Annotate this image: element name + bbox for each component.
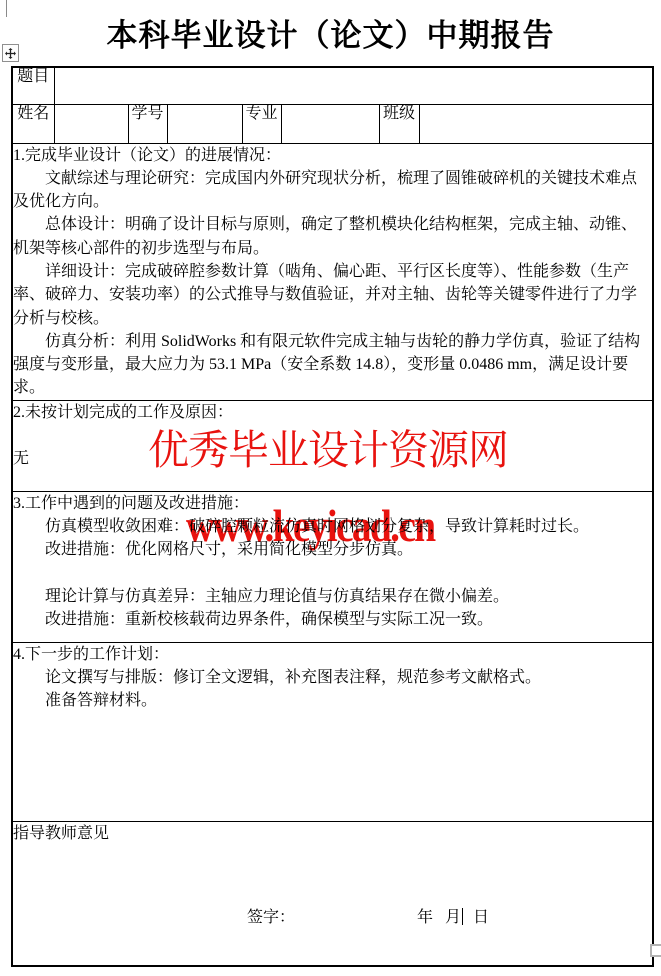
name-input[interactable] — [54, 104, 128, 143]
name-label: 姓名 — [12, 104, 54, 143]
section-problems-cell[interactable]: 3.工作中遇到的问题及改进措施： 仿真模型收敛困难：破碎腔颗粒流仿真时网格划分复… — [12, 491, 653, 642]
section-plan-paragraph: 论文撰写与排版：修订全文逻辑，补充图表注释，规范参考文献格式。 — [13, 666, 652, 689]
title-row-label: 题目 — [12, 67, 54, 104]
section-unfinished-heading: 2.未按计划完成的工作及原因： — [13, 401, 652, 424]
title-row: 题目 — [12, 67, 653, 104]
section-progress-row: 1.完成毕业设计（论文）的进展情况： 文献综述与理论研究：完成国内外研究现状分析… — [12, 143, 653, 400]
section-plan-paragraph: 准备答辩材料。 — [13, 689, 652, 712]
document-page: 本科毕业设计（论文）中期报告 题目 姓名 学号 专业 班级 1.完成毕业设计（论… — [0, 0, 661, 976]
month-label: 月 — [445, 909, 461, 926]
section-unfinished-cell[interactable]: 2.未按计划完成的工作及原因： 无 — [12, 400, 653, 491]
report-table: 题目 姓名 学号 专业 班级 1.完成毕业设计（论文）的进展情况： 文献综述与理… — [11, 66, 654, 967]
section-progress-cell[interactable]: 1.完成毕业设计（论文）的进展情况： 文献综述与理论研究：完成国内外研究现状分析… — [12, 143, 653, 400]
section-unfinished-row: 2.未按计划完成的工作及原因： 无 — [12, 400, 653, 491]
signature-line: 签字：年月日 — [13, 906, 652, 929]
page-edge-tick — [6, 0, 7, 17]
section-problems-paragraph: 改进措施：重新校核载荷边界条件，确保模型与实际工况一致。 — [13, 608, 652, 631]
section-plan-heading: 4.下一步的工作计划： — [13, 643, 652, 666]
student-id-label: 学号 — [128, 104, 167, 143]
class-input[interactable] — [419, 104, 653, 143]
table-resize-handle[interactable] — [650, 944, 661, 957]
signature-label: 签字： — [247, 909, 295, 926]
day-label: 日 — [473, 909, 489, 926]
section-plan-row: 4.下一步的工作计划： 论文撰写与排版：修订全文逻辑，补充图表注释，规范参考文献… — [12, 642, 653, 821]
section-plan-cell[interactable]: 4.下一步的工作计划： 论文撰写与排版：修订全文逻辑，补充图表注释，规范参考文献… — [12, 642, 653, 821]
title-row-input[interactable] — [54, 67, 653, 104]
section-progress-heading: 1.完成毕业设计（论文）的进展情况： — [13, 144, 652, 167]
class-label: 班级 — [379, 104, 419, 143]
major-label: 专业 — [242, 104, 281, 143]
section-problems-paragraph: 仿真模型收敛困难：破碎腔颗粒流仿真时网格划分复杂，导致计算耗时过长。 — [13, 515, 652, 538]
student-id-input[interactable] — [167, 104, 242, 143]
page-title: 本科毕业设计（论文）中期报告 — [0, 16, 661, 56]
advisor-cell[interactable]: 指导教师意见 签字：年月日 — [12, 821, 653, 966]
section-problems-paragraph: 理论计算与仿真差异：主轴应力理论值与仿真结果存在微小偏差。 — [13, 585, 652, 608]
advisor-row: 指导教师意见 签字：年月日 — [12, 821, 653, 966]
info-row: 姓名 学号 专业 班级 — [12, 104, 653, 143]
section-progress-paragraph: 详细设计：完成破碎腔参数计算（啮角、偏心距、平行区长度等）、性能参数（生产率、破… — [13, 260, 652, 330]
major-input[interactable] — [281, 104, 379, 143]
advisor-label: 指导教师意见 — [13, 822, 652, 845]
section-unfinished-answer: 无 — [13, 447, 652, 470]
section-problems-row: 3.工作中遇到的问题及改进措施： 仿真模型收敛困难：破碎腔颗粒流仿真时网格划分复… — [12, 491, 653, 642]
section-progress-paragraph: 总体设计：明确了设计目标与原则，确定了整机模块化结构框架，完成主轴、动锥、机架等… — [13, 213, 652, 260]
text-cursor — [462, 908, 463, 925]
section-progress-paragraph: 仿真分析：利用 SolidWorks 和有限元软件完成主轴与齿轮的静力学仿真，验… — [13, 330, 652, 400]
section-problems-heading: 3.工作中遇到的问题及改进措施： — [13, 492, 652, 515]
section-problems-paragraph: 改进措施：优化网格尺寸，采用简化模型分步仿真。 — [13, 538, 652, 561]
section-progress-paragraph: 文献综述与理论研究：完成国内外研究现状分析，梳理了圆锥破碎机的关键技术难点及优化… — [13, 167, 652, 214]
year-label: 年 — [417, 909, 433, 926]
